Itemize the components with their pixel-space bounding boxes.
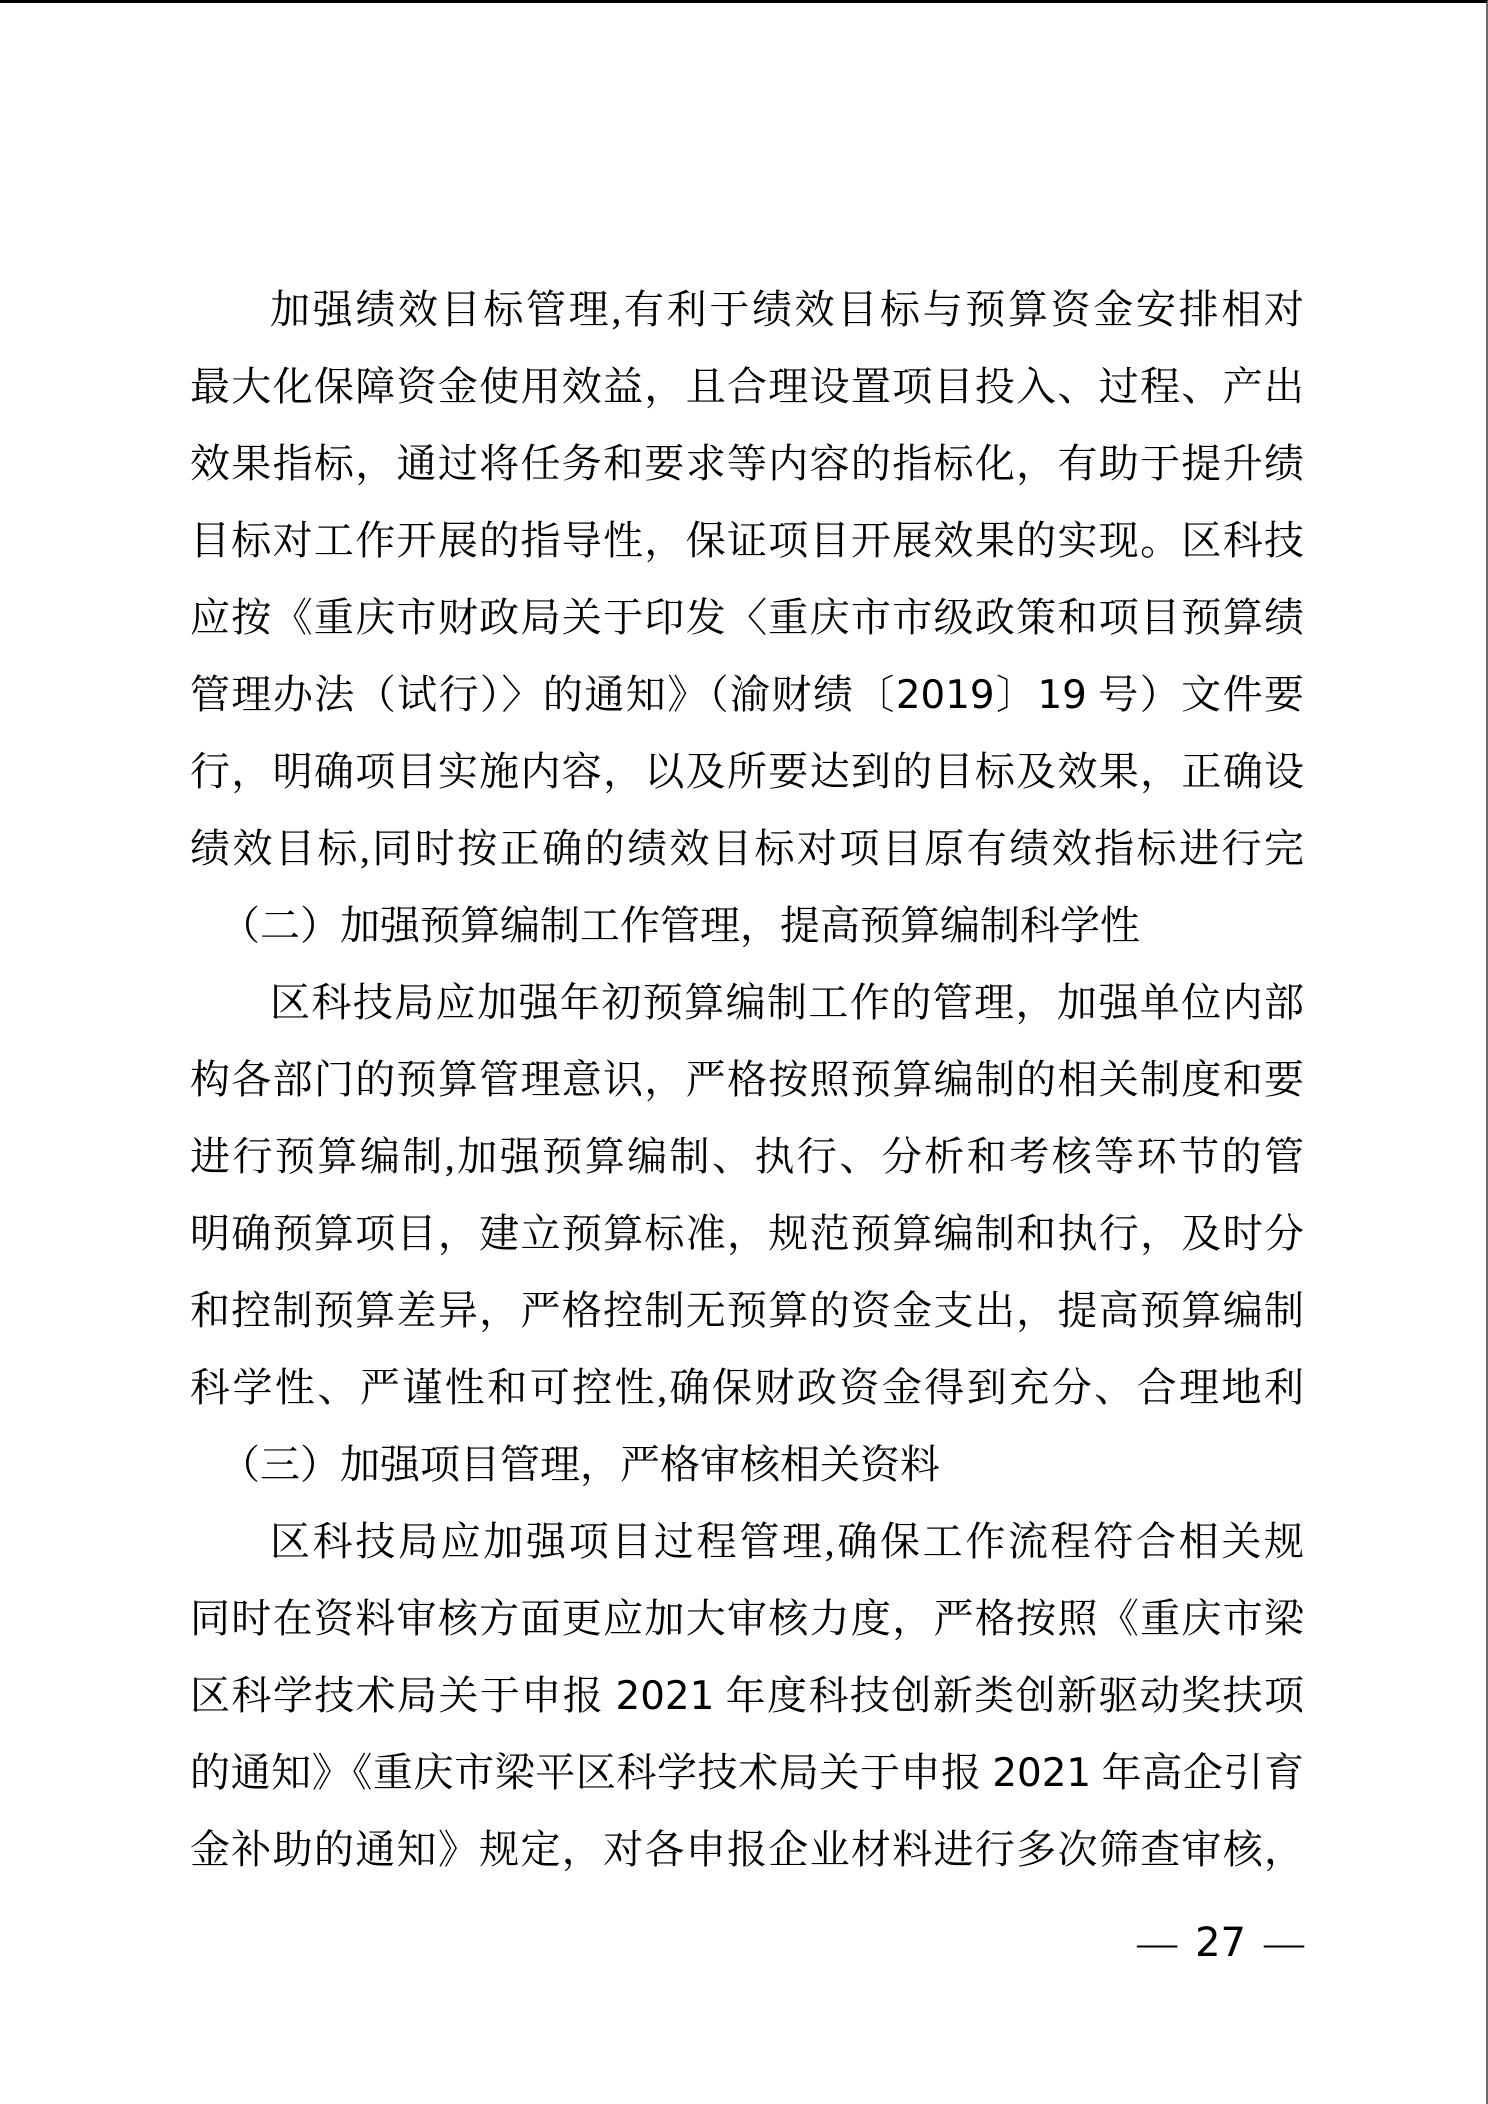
text-line: 明确预算项目，建立预算标准，规范预算编制和执行，及时分析 <box>190 1195 1304 1272</box>
page-footer: —27— <box>190 1904 1304 1981</box>
text-line: 金补助的通知》规定，对各申报企业材料进行多次筛查审核，并 <box>190 1811 1304 1888</box>
text-line: 区科学技术局关于申报 2021 年度科技创新类创新驱动奖扶项目 <box>190 1657 1304 1734</box>
footer-dash-right: — <box>1264 1920 1304 1965</box>
text-line: 行，明确项目实施内容，以及所要达到的目标及效果，正确设定 <box>190 733 1304 810</box>
section-heading: （二）加强预算编制工作管理，提高预算编制科学性 <box>190 887 1304 964</box>
text-line: 最大化保障资金使用效益，且合理设置项目投入、过程、产出及 <box>190 348 1304 425</box>
text-line: 区科技局应加强年初预算编制工作的管理，加强单位内部机 <box>190 964 1304 1041</box>
page-number: 27 <box>1177 1920 1264 1966</box>
text-lines: 加强绩效目标管理,有利于绩效目标与预算资金安排相对应，最大化保障资金使用效益，且… <box>190 271 1304 1888</box>
text-line: 进行预算编制,加强预算编制、执行、分析和考核等环节的管理， <box>190 1118 1304 1195</box>
text-line: 效果指标，通过将任务和要求等内容的指标化，有助于提升绩效 <box>190 425 1304 502</box>
text-line: 加强绩效目标管理,有利于绩效目标与预算资金安排相对应， <box>190 271 1304 348</box>
text-line: 和控制预算差异，严格控制无预算的资金支出，提高预算编制的 <box>190 1272 1304 1349</box>
text-line: 区科技局应加强项目过程管理,确保工作流程符合相关规定， <box>190 1503 1304 1580</box>
text-line: 管理办法（试行）〉的通知》（渝财绩〔2019〕19 号）文件要求执 <box>190 656 1304 733</box>
text-line: 科学性、严谨性和可控性,确保财政资金得到充分、合理地利用。 <box>190 1349 1304 1426</box>
text-line: 构各部门的预算管理意识，严格按照预算编制的相关制度和要求 <box>190 1041 1304 1118</box>
text-line: 应按《重庆市财政局关于印发〈重庆市市级政策和项目预算绩效 <box>190 579 1304 656</box>
text-line: 目标对工作开展的指导性，保证项目开展效果的实现。区科技局 <box>190 502 1304 579</box>
document-body: 加强绩效目标管理,有利于绩效目标与预算资金安排相对应，最大化保障资金使用效益，且… <box>190 271 1304 1981</box>
text-line: 的通知》《重庆市梁平区科学技术局关于申报 2021 年高企引育资 <box>190 1734 1304 1811</box>
text-line: 绩效目标,同时按正确的绩效目标对项目原有绩效指标进行完善。 <box>190 810 1304 887</box>
section-heading: （三）加强项目管理，严格审核相关资料 <box>190 1426 1304 1503</box>
text-line: 同时在资料审核方面更应加大审核力度，严格按照《重庆市梁平 <box>190 1580 1304 1657</box>
footer-dash-left: — <box>1137 1920 1177 1965</box>
document-page: 加强绩效目标管理,有利于绩效目标与预算资金安排相对应，最大化保障资金使用效益，且… <box>0 0 1488 2104</box>
